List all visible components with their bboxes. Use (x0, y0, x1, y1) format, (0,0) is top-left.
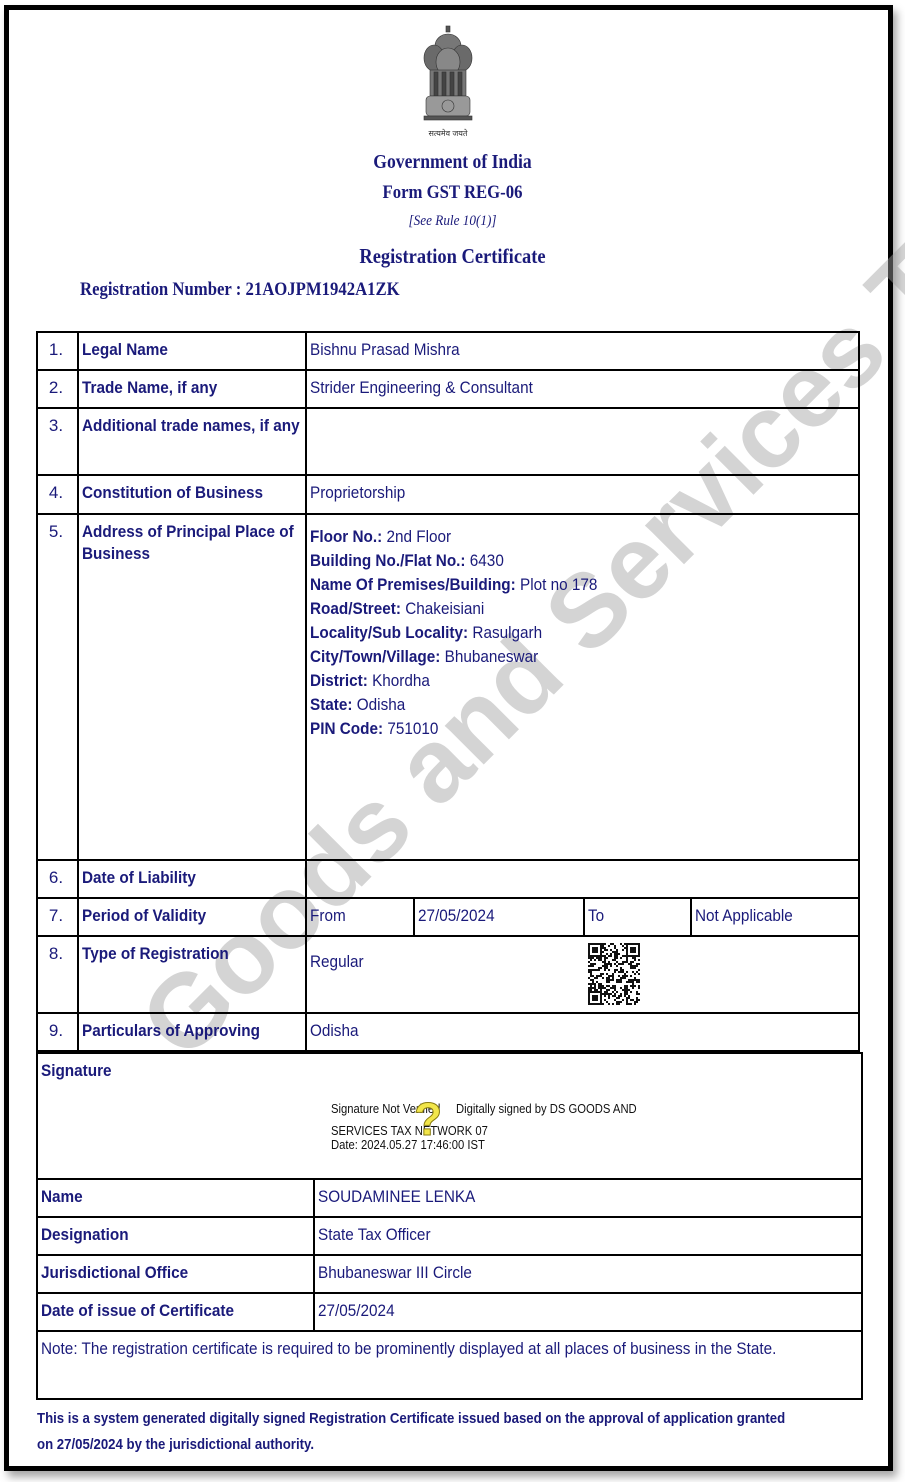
date-of-liability-value (306, 860, 859, 898)
validity-from-value: 27/05/2024 (414, 898, 584, 936)
issue-date-value: 27/05/2024 (314, 1293, 862, 1331)
signature-date: Date: 2024.05.27 17:46:00 IST (331, 1138, 485, 1152)
approving-authority-value: Odisha (306, 1013, 859, 1051)
signature-row: Signature Signature Not Verified Digital… (37, 1053, 862, 1179)
table-row: 3. Additional trade names, if any (37, 408, 859, 475)
table-row: 1. Legal Name Bishnu Prasad Mishra (37, 332, 859, 370)
footer-disclaimer: This is a system generated digitally sig… (37, 1406, 855, 1458)
national-emblem-icon: सत्यमेव जयते (416, 24, 480, 140)
certificate-title: Registration Certificate (54, 244, 850, 269)
table-row: 7. Period of Validity From 27/05/2024 To… (37, 898, 859, 936)
table-row: 6. Date of Liability (37, 860, 859, 898)
table-row: Name SOUDAMINEE LENKA (37, 1179, 862, 1217)
table-row: Jurisdictional Office Bhubaneswar III Ci… (37, 1255, 862, 1293)
registration-details-table: 1. Legal Name Bishnu Prasad Mishra 2. Tr… (36, 331, 860, 1052)
address-value: Floor No.: 2nd Floor Building No./Flat N… (306, 514, 859, 860)
officer-name-value: SOUDAMINEE LENKA (314, 1179, 862, 1217)
signature-label: Signature (41, 1060, 112, 1082)
note-row: Note: The registration certificate is re… (37, 1331, 862, 1399)
designation-value: State Tax Officer (314, 1217, 862, 1255)
display-note: Note: The registration certificate is re… (37, 1331, 862, 1399)
government-title: Government of India (54, 151, 850, 174)
table-row: 2. Trade Name, if any Strider Engineerin… (37, 370, 859, 408)
table-row: 8. Type of Registration Regular (37, 936, 859, 1013)
form-title: Form GST REG-06 (54, 182, 850, 204)
table-row: Date of issue of Certificate 27/05/2024 (37, 1293, 862, 1331)
validity-from-label: From (306, 898, 414, 936)
rule-reference: [See Rule 10(1)] (54, 213, 850, 230)
registration-number: Registration Number : 21AOJPM1942A1ZK (80, 279, 400, 301)
validity-to-value: Not Applicable (691, 898, 859, 936)
signature-block: Signature Not Verified Digitally signed … (331, 1102, 657, 1152)
table-row: 9. Particulars of Approving Odisha (37, 1013, 859, 1051)
registration-type-value: Regular (306, 936, 859, 1013)
jurisdictional-office-value: Bhubaneswar III Circle (314, 1255, 862, 1293)
validity-to-label: To (584, 898, 691, 936)
table-row: Designation State Tax Officer (37, 1217, 862, 1255)
constitution-value: Proprietorship (306, 475, 859, 514)
additional-trade-names-value (306, 408, 859, 475)
qr-code-icon (588, 943, 640, 1005)
table-row: 4. Constitution of Business Proprietorsh… (37, 475, 859, 514)
signature-table: Signature Signature Not Verified Digital… (36, 1052, 863, 1400)
trade-name-value: Strider Engineering & Consultant (306, 370, 859, 408)
question-mark-icon: ? (414, 1096, 442, 1142)
table-row: 5. Address of Principal Place of Busines… (37, 514, 859, 860)
registration-number-value: 21AOJPM1942A1ZK (245, 279, 399, 300)
legal-name-value: Bishnu Prasad Mishra (306, 332, 859, 370)
svg-text:सत्यमेव जयते: सत्यमेव जयते (429, 128, 468, 138)
